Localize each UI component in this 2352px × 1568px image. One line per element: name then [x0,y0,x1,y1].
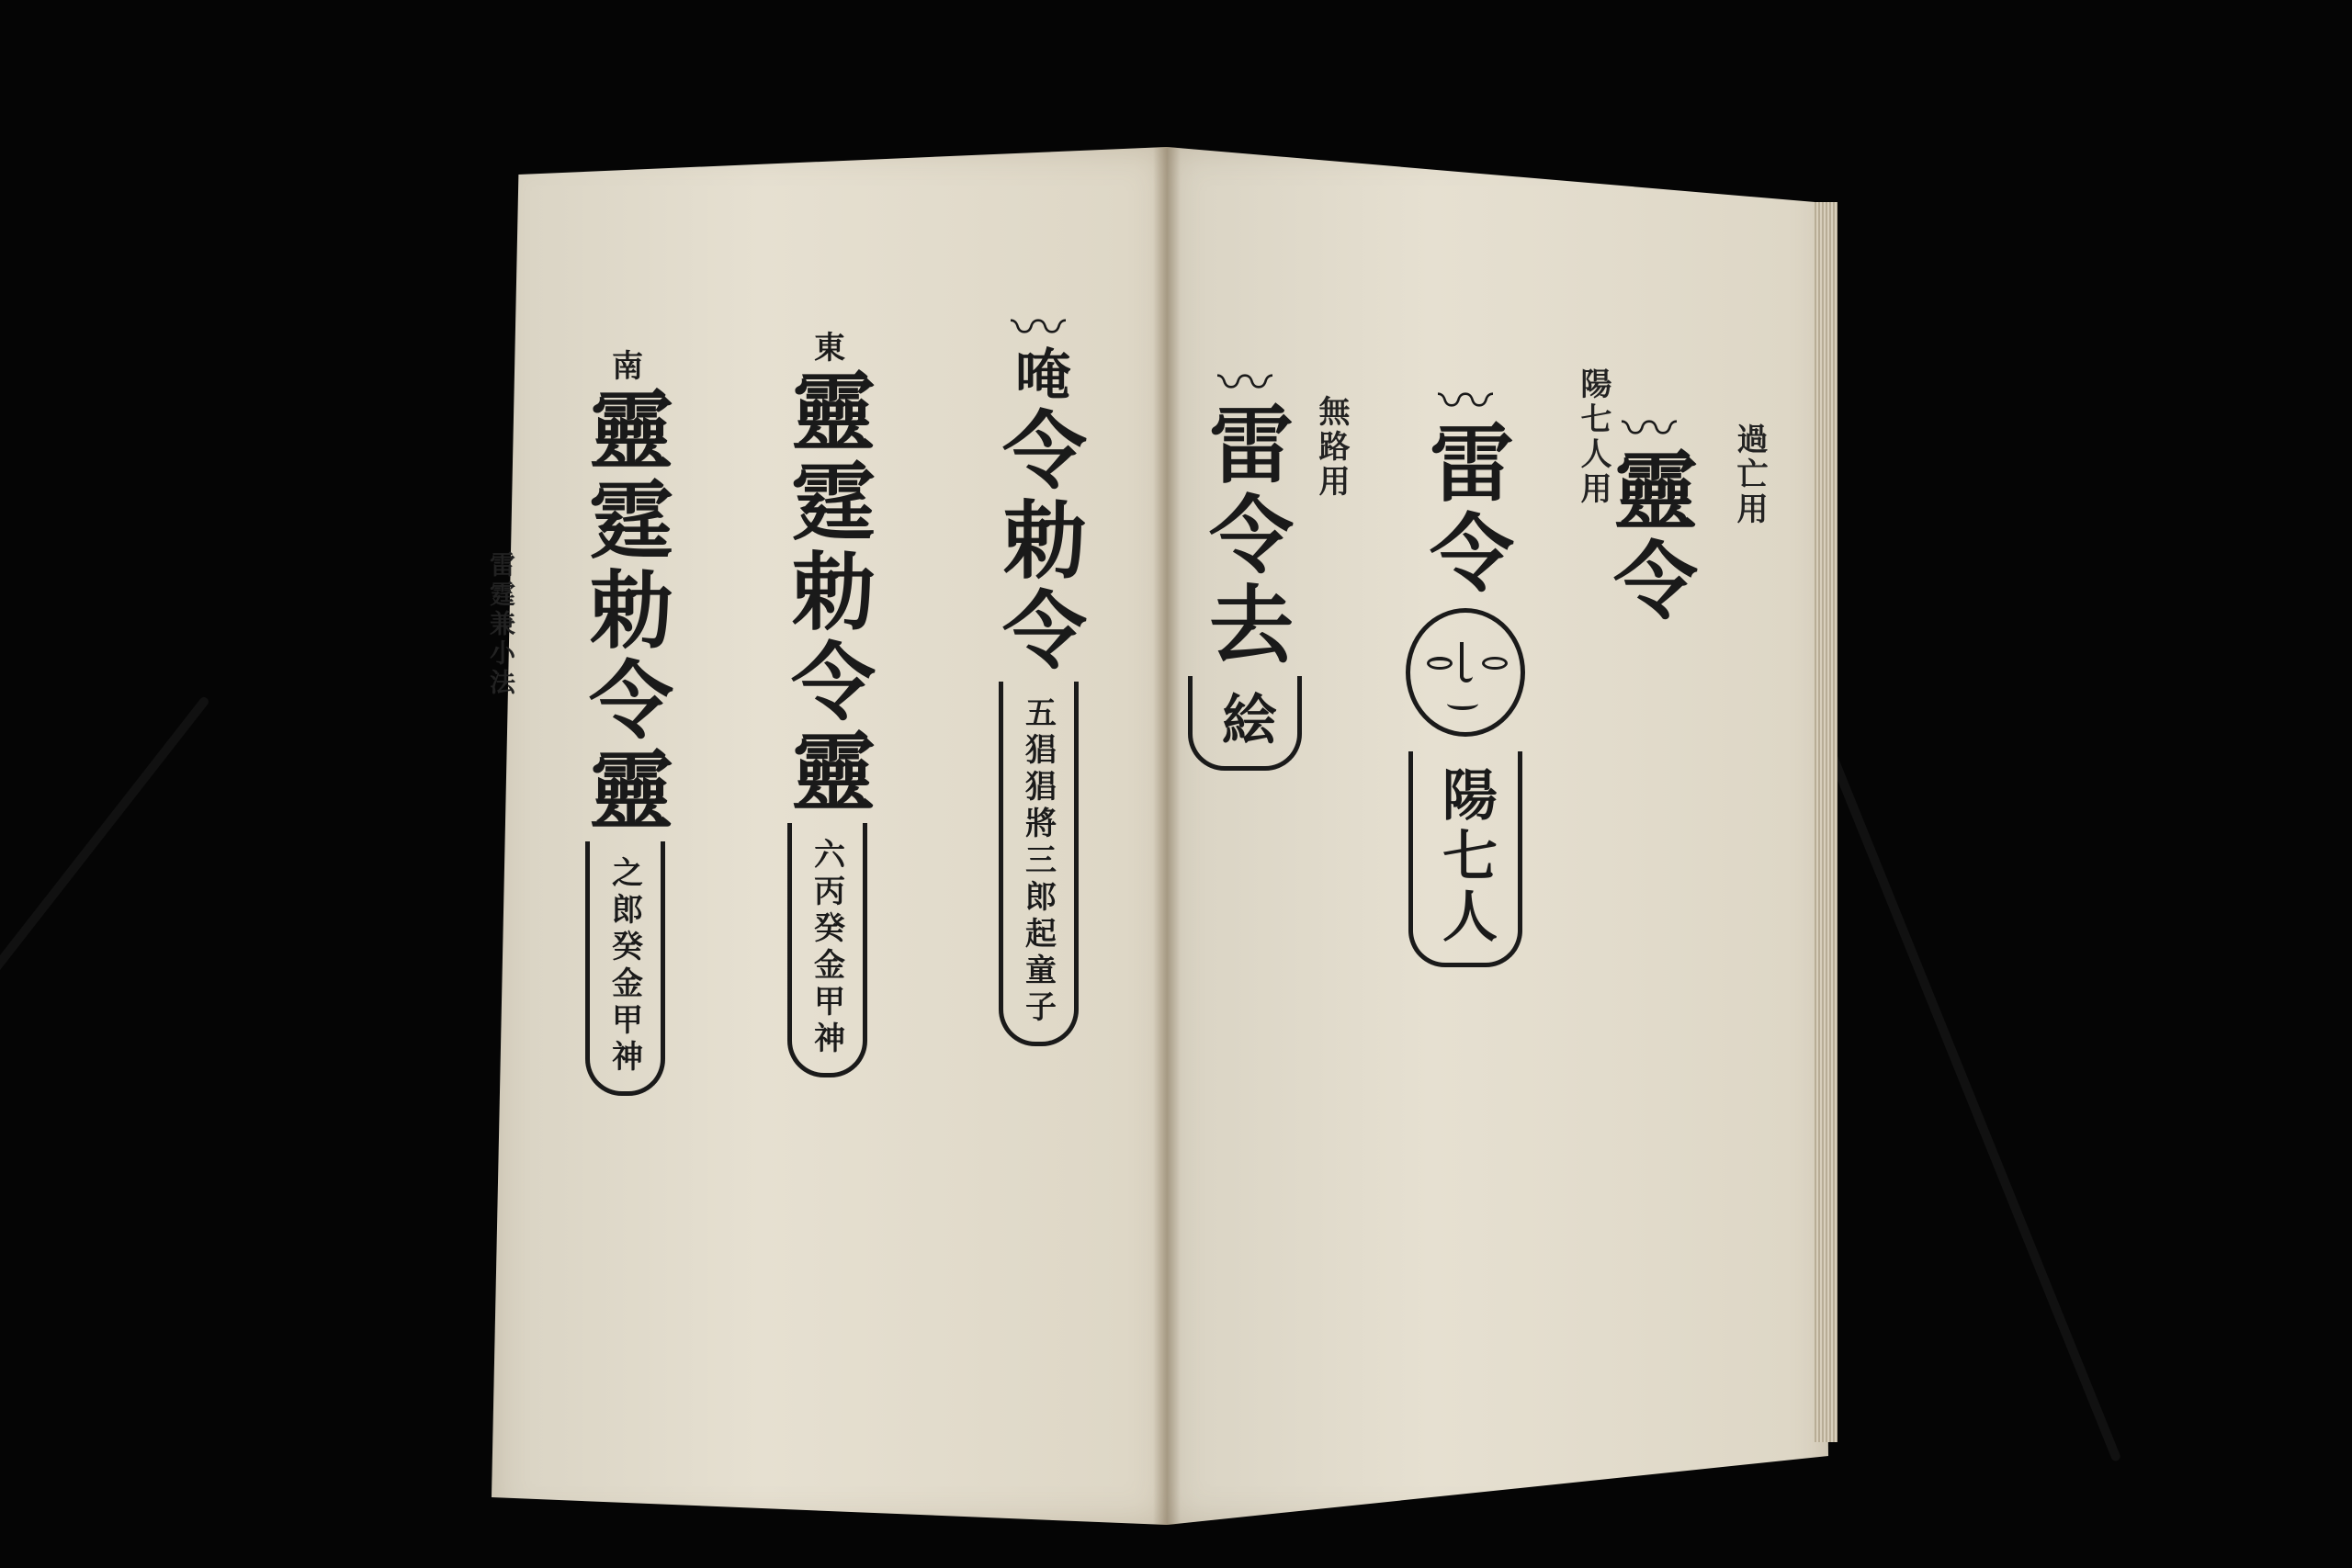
book-gutter [1153,147,1181,1525]
cloud-wave-icon: 〰 [1011,312,1066,345]
talisman-header: 唵 [999,345,1078,406]
talisman-box: 之郎癸金甲神 [585,841,665,1096]
face-icon [1406,608,1525,737]
cloud-wave-icon: 〰 [1438,386,1493,419]
talisman-body: 令 [1607,536,1691,626]
talisman-header: 南 [603,349,648,386]
talisman-body: 令去 [1203,491,1287,671]
talisman-body: 令 [1423,509,1508,599]
talisman-box: 五猖猖將三郎起童子 [999,682,1079,1046]
talisman-top-char: 靈 [1607,446,1691,536]
talisman-body: 令勅令 [996,406,1080,676]
talisman-right-3: 〰 靈 令 [1576,413,1723,626]
manuscript-book: 雷霆兼小法 南 靈 霆勅令靈 之郎癸金甲神 東 靈 霆勅令靈 六丙癸金甲神 〰 … [492,147,1828,1525]
talisman-top-char: 靈 [582,386,667,476]
side-note: 過亡用 [1727,423,1772,527]
talisman-box: 六丙癸金甲神 [787,823,867,1077]
talisman-east: 東 靈 霆勅令靈 六丙癸金甲神 [758,331,896,1077]
talisman-body: 霆勅令靈 [582,476,667,836]
talisman-south: 南 靈 霆勅令靈 之郎癸金甲神 [556,349,694,1096]
talisman-right-2: 〰 雷 令 陽七人 [1374,386,1557,967]
talisman-header: 東 [805,331,850,367]
talisman-top-char: 雷 [1423,419,1508,509]
talisman-box: 陽七人 [1408,751,1522,967]
left-stand [0,695,210,1208]
talisman-om: 〰 唵 令勅令 五猖猖將三郎起童子 [969,312,1107,1046]
page-edges [1815,202,1837,1442]
talisman-top-char: 靈 [785,367,869,457]
cloud-wave-icon: 〰 [1622,413,1677,446]
talisman-top-char: 雷 [1203,400,1287,491]
talisman-right-1: 〰 雷 令去 絵 [1171,367,1318,771]
talisman-body: 霆勅令靈 [785,457,869,818]
margin-note: 雷霆兼小法 [482,551,519,698]
cloud-wave-icon: 〰 [1217,367,1272,400]
talisman-box: 絵 [1188,676,1302,771]
